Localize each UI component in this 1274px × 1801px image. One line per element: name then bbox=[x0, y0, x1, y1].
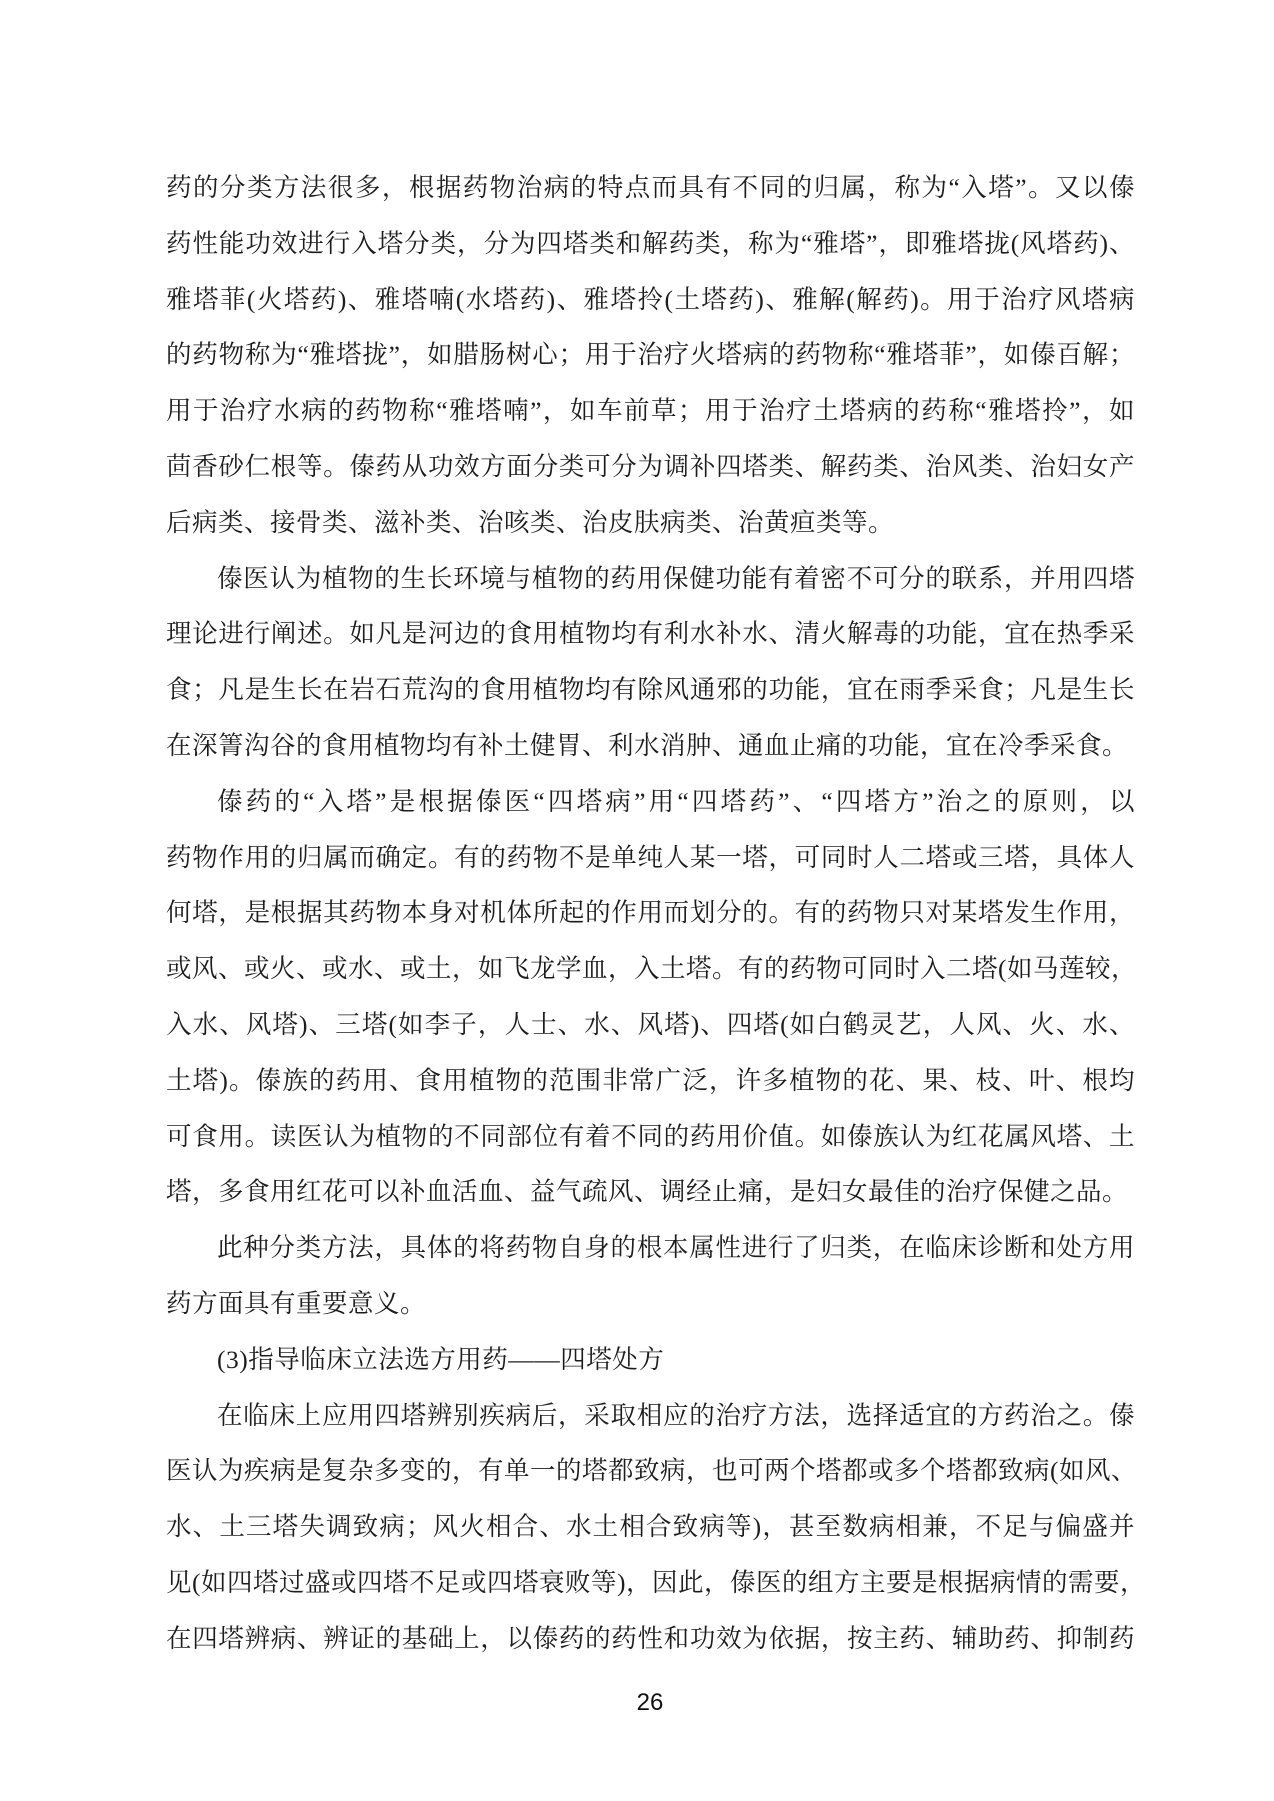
text-line: 的药物称为“雅塔拢”，如腊肠树心；用于治疗火塔病的药物称“雅塔菲”，如傣百解； bbox=[166, 327, 1135, 383]
page-number: 26 bbox=[0, 1688, 1274, 1718]
text-line: 可食用。读医认为植物的不同部位有着不同的药用价值。如傣族认为红花属风塔、土 bbox=[166, 1109, 1135, 1165]
document-page: 药的分类方法很多，根据药物治病的特点而具有不同的归属，称为“入塔”。又以傣药性能… bbox=[0, 0, 1274, 1801]
text-line: 后病类、接骨类、滋补类、治咳类、治皮肤病类、治黄疸类等。 bbox=[166, 495, 1135, 551]
text-line: 在四塔辨病、辨证的基础上，以傣药的药性和功效为依据，按主药、辅助药、抑制药 bbox=[166, 1611, 1135, 1667]
text-line: 土塔)。傣族的药用、食用植物的范围非常广泛，许多植物的花、果、枝、叶、根均 bbox=[166, 1053, 1135, 1109]
text-line: 傣医认为植物的生长环境与植物的药用保健功能有着密不可分的联系，并用四塔 bbox=[166, 551, 1135, 607]
text-line: 茴香砂仁根等。傣药从功效方面分类可分为调补四塔类、解药类、治风类、治妇女产 bbox=[166, 439, 1135, 495]
page-text-body: 药的分类方法很多，根据药物治病的特点而具有不同的归属，称为“入塔”。又以傣药性能… bbox=[166, 160, 1135, 1667]
text-line: 水、土三塔失调致病；风火相合、水土相合致病等)，甚至数病相兼，不足与偏盛并 bbox=[166, 1499, 1135, 1555]
paragraph: 傣药的“入塔”是根据傣医“四塔病”用“四塔药”、“四塔方”治之的原则，以药物作用… bbox=[166, 774, 1135, 1220]
text-line: 此种分类方法，具体的将药物自身的根本属性进行了归类，在临床诊断和处方用 bbox=[166, 1220, 1135, 1276]
paragraph: 药的分类方法很多，根据药物治病的特点而具有不同的归属，称为“入塔”。又以傣药性能… bbox=[166, 160, 1135, 551]
text-line: (3)指导临床立法选方用药——四塔处方 bbox=[166, 1332, 1135, 1388]
text-line: 药性能功效进行入塔分类，分为四塔类和解药类，称为“雅塔”，即雅塔拢(风塔药)、 bbox=[166, 216, 1135, 272]
paragraph: 此种分类方法，具体的将药物自身的根本属性进行了归类，在临床诊断和处方用药方面具有… bbox=[166, 1220, 1135, 1332]
text-line: 傣药的“入塔”是根据傣医“四塔病”用“四塔药”、“四塔方”治之的原则，以 bbox=[166, 774, 1135, 830]
text-line: 用于治疗水病的药物称“雅塔喃”，如车前草；用于治疗土塔病的药称“雅塔拎”，如 bbox=[166, 383, 1135, 439]
text-line: 或风、或火、或水、或土，如飞龙学血，入土塔。有的药物可同时入二塔(如马莲较， bbox=[166, 941, 1135, 997]
paragraph: (3)指导临床立法选方用药——四塔处方 bbox=[166, 1332, 1135, 1388]
text-line: 药物作用的归属而确定。有的药物不是单纯人某一塔，可同时人二塔或三塔，具体人 bbox=[166, 830, 1135, 886]
text-line: 药的分类方法很多，根据药物治病的特点而具有不同的归属，称为“入塔”。又以傣 bbox=[166, 160, 1135, 216]
text-line: 见(如四塔过盛或四塔不足或四塔衰败等)，因此，傣医的组方主要是根据病情的需要， bbox=[166, 1555, 1135, 1611]
text-line: 雅塔菲(火塔药)、雅塔喃(水塔药)、雅塔拎(土塔药)、雅解(解药)。用于治疗风塔… bbox=[166, 272, 1135, 328]
text-line: 入水、风塔)、三塔(如李子，人士、水、风塔)、四塔(如白鹤灵艺，人风、火、水、 bbox=[166, 997, 1135, 1053]
text-line: 何塔，是根据其药物本身对机体所起的作用而划分的。有的药物只对某塔发生作用， bbox=[166, 885, 1135, 941]
text-line: 塔，多食用红花可以补血活血、益气疏风、调经止痛，是妇女最佳的治疗保健之品。 bbox=[166, 1164, 1135, 1220]
text-line: 食；凡是生长在岩石荒沟的食用植物均有除风通邪的功能，宜在雨季采食；凡是生长 bbox=[166, 662, 1135, 718]
text-line: 在深箐沟谷的食用植物均有补土健胃、利水消肿、通血止痛的功能，宜在冷季采食。 bbox=[166, 718, 1135, 774]
paragraph: 在临床上应用四塔辨别疾病后，采取相应的治疗方法，选择适宜的方药治之。傣医认为疾病… bbox=[166, 1388, 1135, 1667]
text-line: 在临床上应用四塔辨别疾病后，采取相应的治疗方法，选择适宜的方药治之。傣 bbox=[166, 1388, 1135, 1444]
text-line: 理论进行阐述。如凡是河边的食用植物均有利水补水、清火解毒的功能，宜在热季采 bbox=[166, 606, 1135, 662]
text-line: 药方面具有重要意义。 bbox=[166, 1276, 1135, 1332]
text-line: 医认为疾病是复杂多变的，有单一的塔都致病，也可两个塔都或多个塔都致病(如风、 bbox=[166, 1443, 1135, 1499]
paragraph: 傣医认为植物的生长环境与植物的药用保健功能有着密不可分的联系，并用四塔理论进行阐… bbox=[166, 551, 1135, 774]
